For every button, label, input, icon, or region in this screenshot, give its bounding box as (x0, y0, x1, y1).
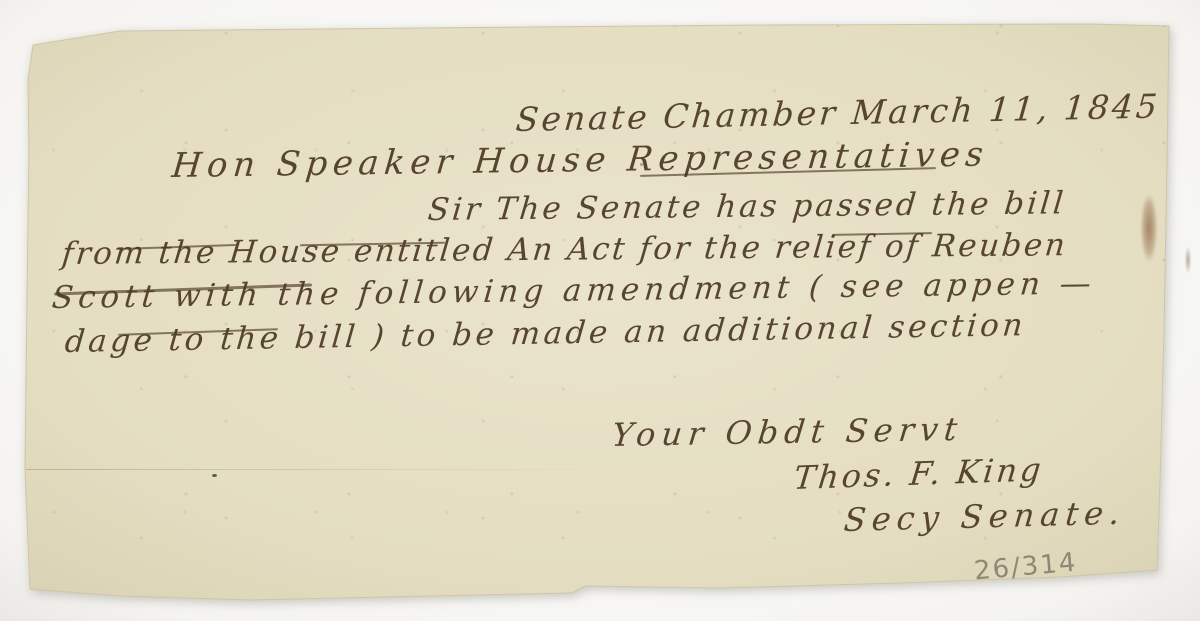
ink-stain (1183, 240, 1193, 280)
paper-crease (26, 469, 626, 470)
paper-speck (212, 474, 217, 477)
signature-title: Secy Senate. (842, 494, 1127, 539)
ink-stain (1138, 182, 1160, 274)
body-line: Sir The Senate has passed the bill (426, 185, 1067, 228)
photo-background: Senate Chamber March 11, 1845 Hon Speake… (0, 0, 1200, 621)
closing: Your Obdt Servt (610, 410, 965, 454)
